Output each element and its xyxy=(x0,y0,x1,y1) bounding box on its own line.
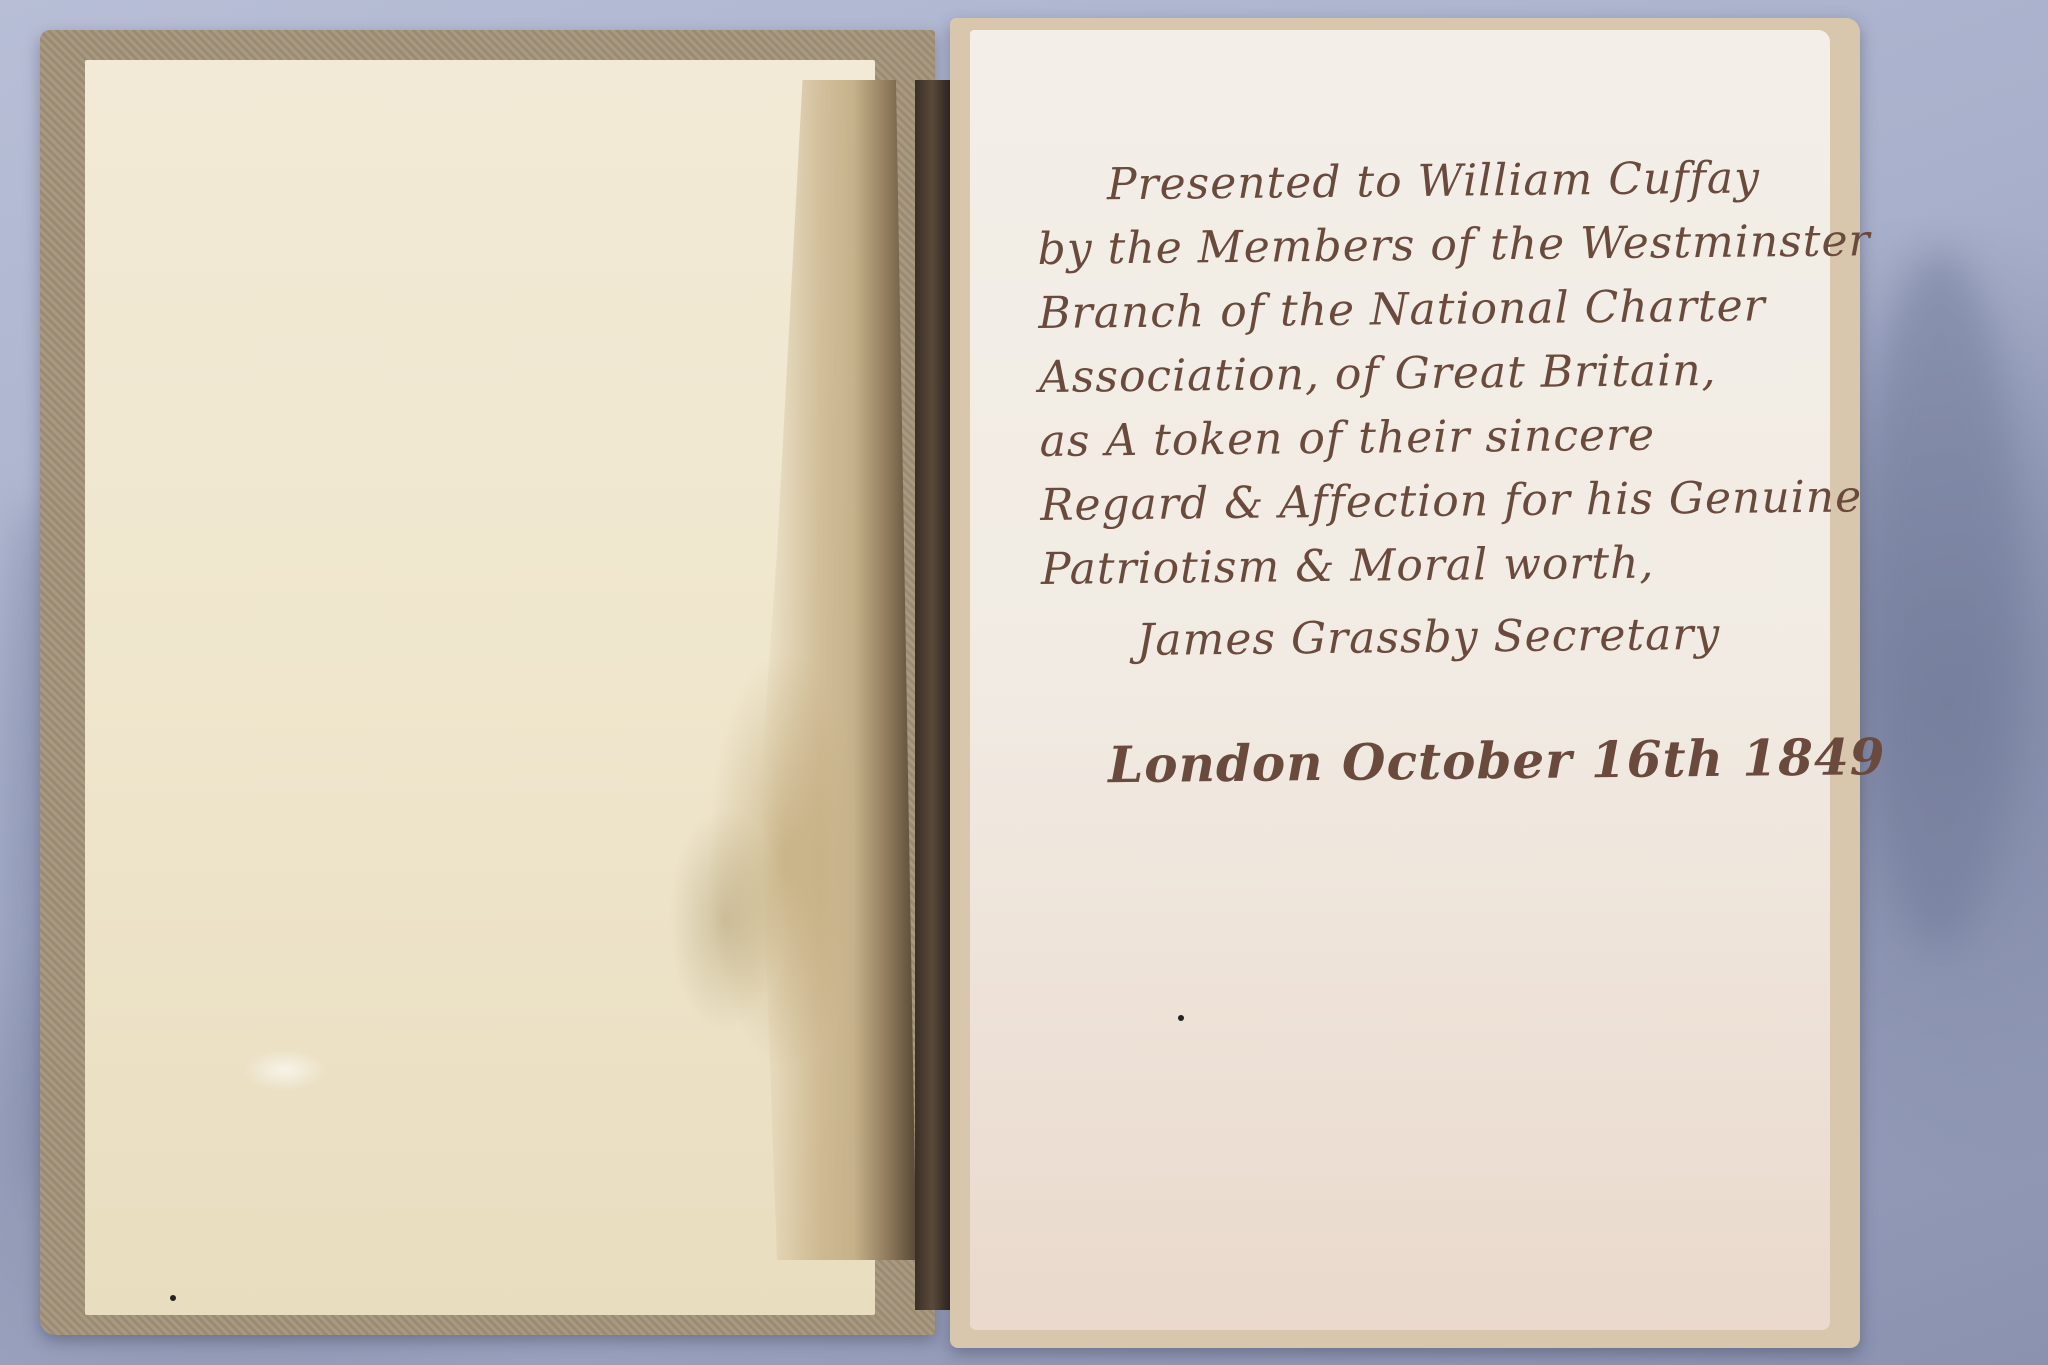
ink-speck xyxy=(1178,1015,1184,1021)
left-pastedown-page xyxy=(85,60,875,1315)
inscription-line: Association, of Great Britain, xyxy=(1039,338,1800,410)
spine-gap xyxy=(915,80,950,1310)
inscription-line: Branch of the National Charter xyxy=(1038,274,1799,346)
ink-speck xyxy=(170,1295,176,1301)
inscription-line: Regard & Affection for his Genuine xyxy=(1040,466,1801,538)
inscription-line: as A token of their sincere xyxy=(1039,402,1800,474)
inscription-line: Patriotism & Moral worth, xyxy=(1041,530,1802,602)
handwritten-inscription: Presented to William Cuffay by the Membe… xyxy=(1037,146,1804,798)
inscription-line: Presented to William Cuffay xyxy=(1037,146,1798,218)
date-line: London October 16th 1849 xyxy=(1043,726,1804,798)
open-book: Presented to William Cuffay by the Membe… xyxy=(0,0,2048,1365)
inscription-line: by the Members of the Westminster xyxy=(1037,210,1798,282)
signature-line: James Grassby Secretary xyxy=(1041,602,1802,674)
